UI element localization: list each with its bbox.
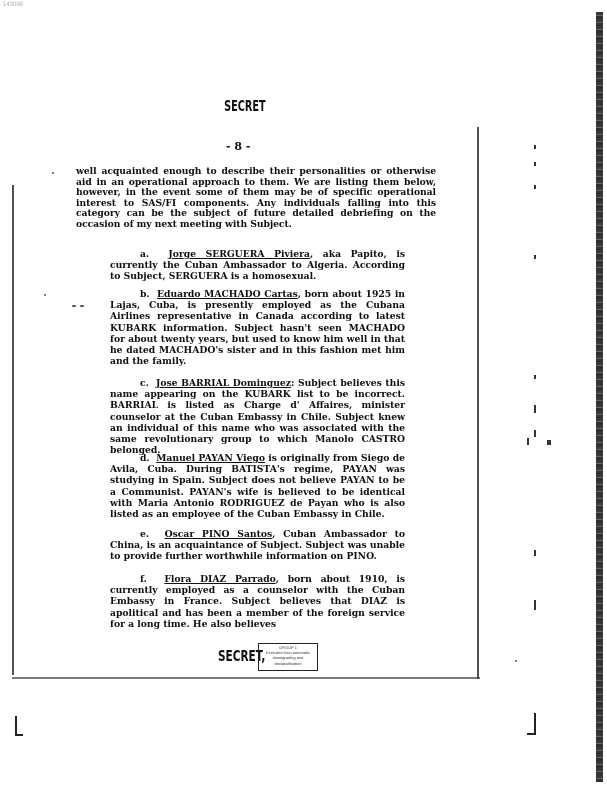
margin-mark	[534, 185, 536, 189]
list-item: a. Jorge SERGUERA Piviera, aka Papito, i…	[110, 249, 405, 283]
frame-line-left	[12, 185, 14, 675]
page-edge-shadow	[596, 12, 603, 782]
margin-mark	[527, 438, 529, 445]
item-text: , born about 1925 in Lajas, Cuba, is pre…	[110, 289, 405, 367]
stamp-line: declassification	[261, 661, 315, 666]
scan-speck	[44, 294, 46, 296]
classification-header: SECRET	[69, 97, 506, 115]
person-name: Eduardo MACHADO Cartas	[157, 289, 298, 300]
margin-mark	[534, 550, 536, 556]
list-item: f. Flora DIAZ Parrado, born about 1910, …	[110, 574, 405, 630]
person-name: Flora DIAZ Parrado	[164, 574, 275, 585]
list-item: e. Oscar PINO Santos, Cuban Ambassador t…	[110, 529, 405, 563]
scan-speck	[72, 305, 76, 307]
margin-mark	[534, 255, 536, 259]
margin-mark	[547, 440, 551, 445]
margin-mark	[534, 600, 536, 610]
page-number: - 8 -	[226, 140, 250, 153]
list-item: c. Jose BARRIAL Dominguez: Subject belie…	[110, 378, 405, 456]
list-item: b. Eduardo MACHADO Cartas, born about 19…	[110, 289, 405, 367]
scan-speck	[52, 172, 54, 174]
crop-mark-right	[534, 713, 536, 735]
margin-mark	[534, 405, 536, 413]
margin-mark	[534, 145, 536, 149]
classification-header-text: SECRET	[224, 97, 266, 115]
list-item: d. Manuel PAYAN Viego is originally from…	[110, 453, 405, 520]
declassification-stamp: GROUP 1 Excluded from automatic downgrad…	[258, 643, 318, 671]
frame-line-bottom	[12, 677, 480, 679]
scan-speck	[80, 305, 84, 307]
margin-mark	[534, 430, 536, 437]
margin-mark	[534, 375, 536, 379]
item-letter: e.	[140, 529, 149, 540]
crop-mark-left-foot	[15, 734, 23, 736]
item-letter: f.	[140, 574, 147, 585]
intro-paragraph: well acquainted enough to describe their…	[76, 167, 436, 231]
margin-mark	[534, 162, 536, 166]
item-letter: b.	[140, 289, 150, 300]
person-name: Jorge SERGUERA Piviera	[168, 249, 310, 260]
item-text: : Subject believes this name appearing o…	[110, 378, 405, 456]
person-name: Jose BARRIAL Dominguez	[156, 378, 291, 389]
item-letter: c.	[140, 378, 149, 389]
person-name: Oscar PINO Santos	[165, 529, 273, 540]
crop-mark-left	[15, 716, 17, 736]
frame-line-right	[477, 127, 479, 679]
crop-mark-right-foot	[527, 733, 536, 735]
scan-speck	[515, 660, 517, 662]
person-name: Manuel PAYAN Viego	[156, 453, 265, 464]
item-letter: a.	[140, 249, 149, 260]
document-id: 143098	[3, 2, 23, 8]
item-letter: d.	[140, 453, 150, 464]
